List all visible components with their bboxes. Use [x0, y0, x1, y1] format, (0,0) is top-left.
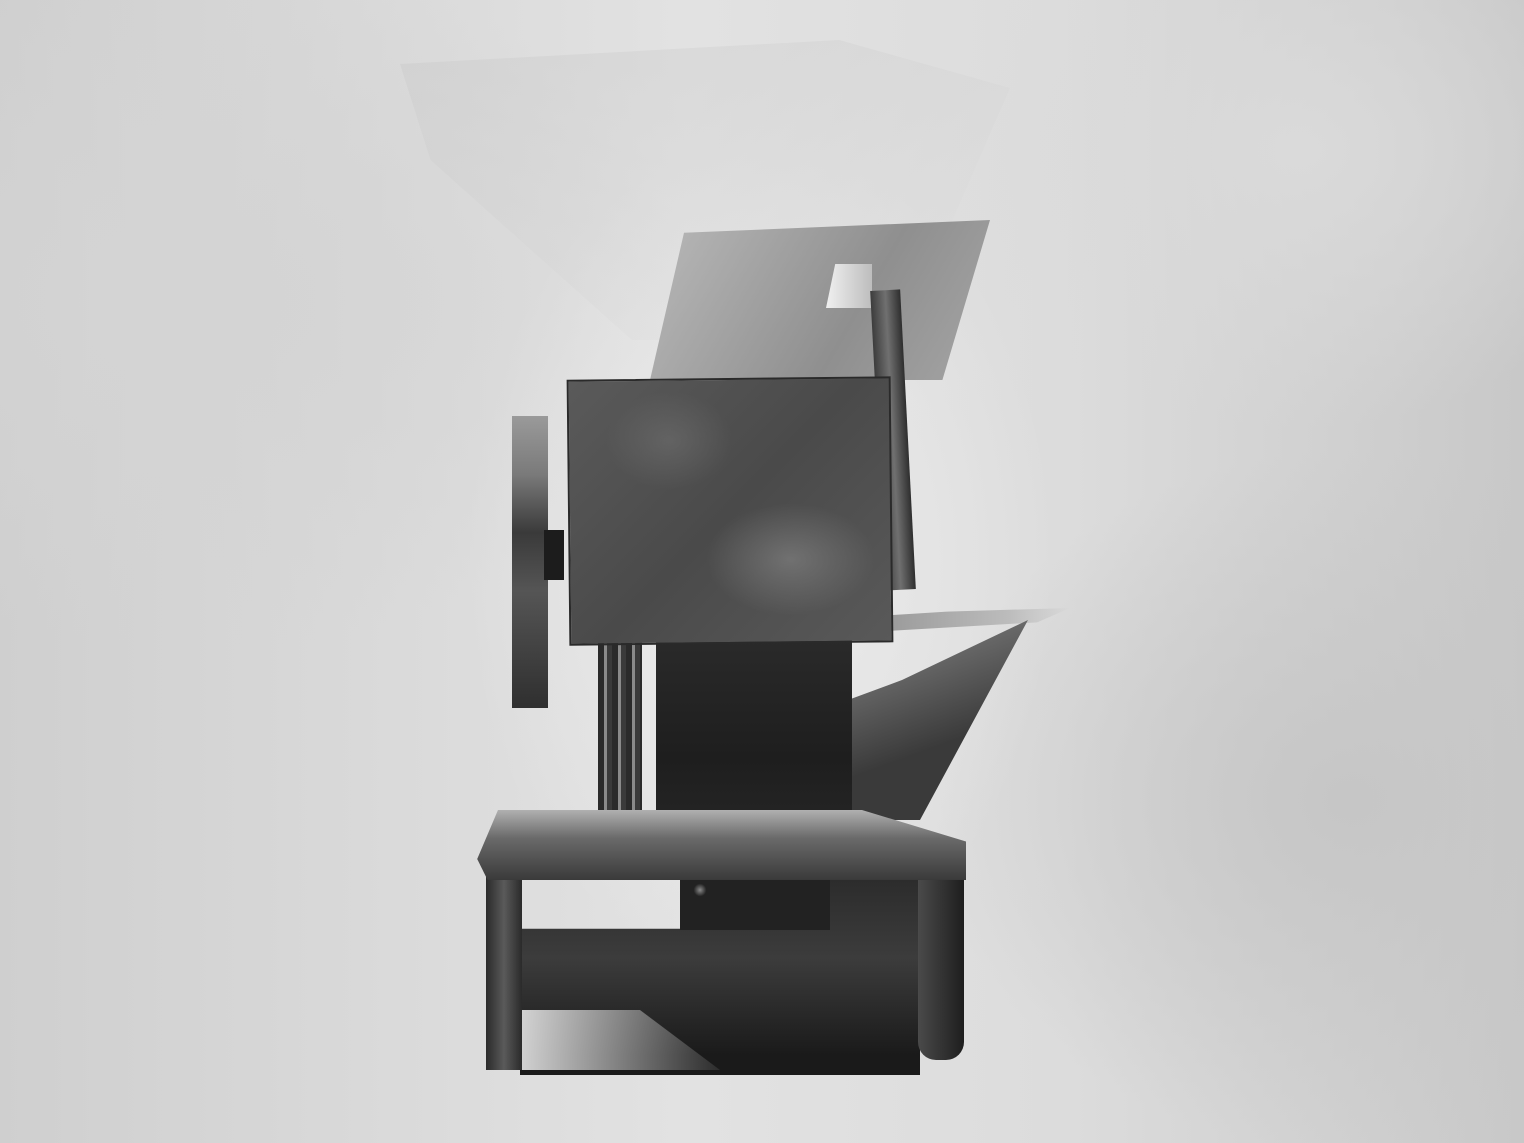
channel-beam-right-flange: [918, 850, 964, 1060]
central-dark-block: [656, 638, 852, 838]
sculpture-photograph: [0, 0, 1524, 1143]
main-square-plate: [567, 376, 894, 645]
channel-beam-left-flange: [486, 860, 522, 1070]
left-tab: [544, 530, 564, 580]
left-hanging-strip: [512, 416, 548, 708]
thin-vertical-strips: [598, 640, 642, 830]
channel-beam-base: [446, 810, 966, 880]
lower-angled-wing: [848, 620, 1028, 820]
upper-angled-plate: [650, 220, 990, 380]
